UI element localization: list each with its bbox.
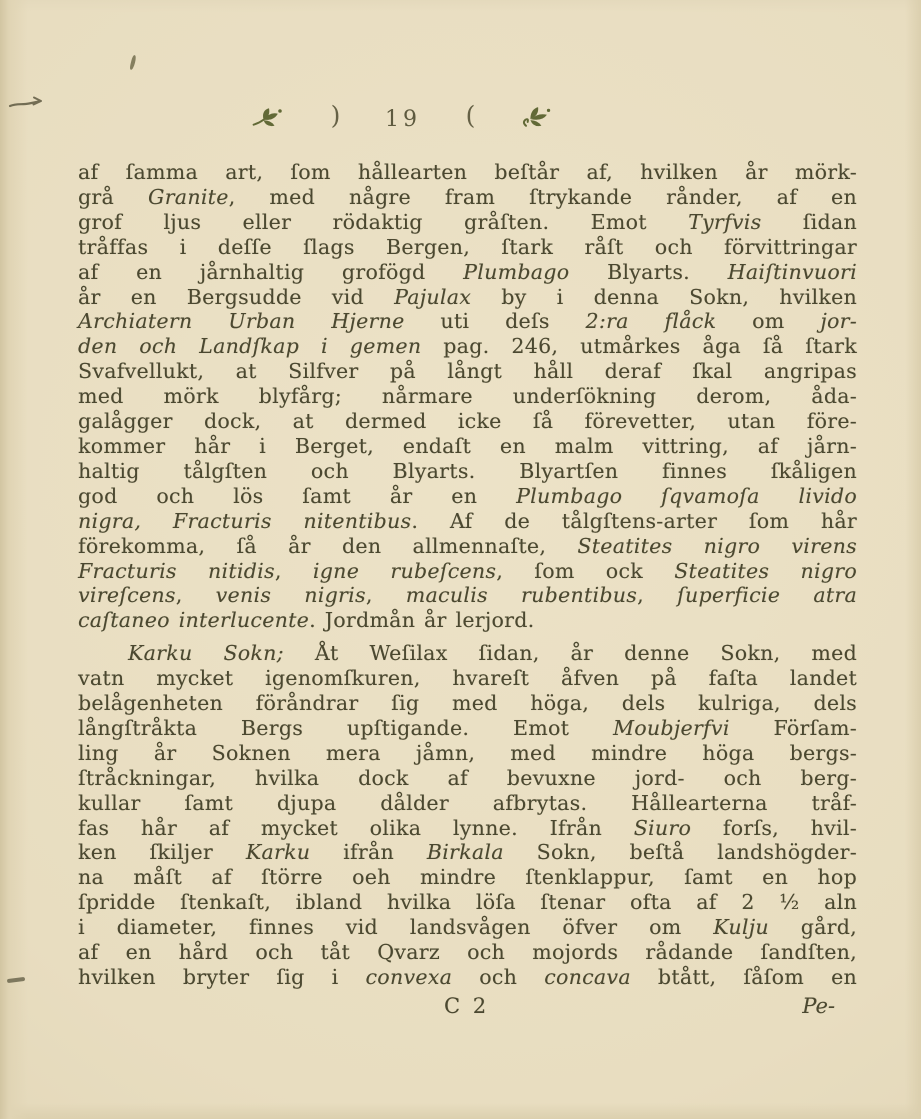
text-run: Förſam- [730,716,857,740]
text-line: med mörk blyfårg; nårmare underſökning d… [78,384,857,409]
text-run: förekomma, ſå år den allmennaſte, [78,534,577,558]
catchword: Pe- [802,994,835,1018]
italic-text-run: 2:ra flåck [586,309,717,333]
italic-text-run: nigra, Fracturis nitentibus [78,509,411,533]
text-run: , ſom ock [496,559,674,583]
text-line: galågger dock, at dermed icke ſå förevet… [78,409,857,434]
italic-text-run: Fracturis nitidis [78,559,275,583]
italic-text-run: Pajulax [394,285,471,309]
text-line: tråffas i deſſe ſlags Bergen, ſtark råſt… [78,235,857,260]
italic-text-run: Siuro [634,816,691,840]
text-run: forſs, hvil- [691,816,857,840]
text-line: Fracturis nitidis, igne rubeſcens, ſom o… [78,559,857,584]
text-run: pag. 246, utmårkes åga ſå ſtark [421,334,857,358]
text-run: na måſt af ſtörre oeh mindre ſtenklappur… [78,865,857,889]
text-run: . Af de tålgſtens-arter ſom hår [411,509,857,533]
text-line: ling år Soknen mera jåmn, med mindre hög… [78,741,857,766]
text-line: kullar ſamt djupa dålder afbrytas. Hålle… [78,791,857,816]
text-run: och [452,965,544,989]
text-run: gård, [769,915,857,939]
italic-text-run: Tyrfvis [688,210,761,234]
italic-text-run: Karku [246,840,310,864]
italic-text-run: caſtaneo interlucente [78,608,309,632]
text-line: i diameter, finnes vid landsvågen öfver … [78,915,857,940]
italic-text-run: Plumbago ſqvamoſa livido [516,484,857,508]
paragraph-2: Karku Sokn; Åt Weſilax ſidan, år denne S… [78,641,857,990]
text-line: Karku Sokn; Åt Weſilax ſidan, år denne S… [78,641,857,666]
text-run: långſtråkta Bergs upſtigande. Emot [78,716,613,740]
header-open-paren: ) [331,103,341,128]
text-run: med mörk blyfårg; nårmare underſökning d… [78,384,857,408]
text-line: vatn mycket igenomſkuren, hvareſt åfven … [78,666,857,691]
paragraph-1: af ſamma art, ſom hållearten beſtår af, … [78,160,857,633]
italic-text-run: ſuperficie atra [677,583,857,607]
italic-text-run: convexa [366,965,453,989]
body-text: af ſamma art, ſom hållearten beſtår af, … [78,160,857,990]
text-run: god och lös ſamt år en [78,484,516,508]
text-run: grå [78,185,148,209]
text-run: fas hår af mycket olika lynne. Ifrån [78,816,634,840]
italic-text-run: Steatites nigro [674,559,857,583]
italic-text-run: maculis rubentibus [406,583,637,607]
header-close-paren: ( [466,103,476,128]
text-run: haltig tålgſten och Blyarts. Blyartſen f… [78,459,857,483]
text-line: Svafvellukt, at Silfver på långt håll de… [78,359,857,384]
text-line: kommer hår i Berget, endaſt en malm vitt… [78,434,857,459]
text-run: ſidan [761,210,857,234]
signature-mark: C 2 [444,994,489,1018]
fleuron-icon-right [520,106,554,128]
italic-text-run: Karku Sokn; [128,641,284,665]
page-number: 19 [385,107,421,132]
page-header: ) 19 ( [252,96,554,138]
text-line: Archiatern Urban Hjerne uti deſs 2:ra fl… [78,309,857,334]
text-run: Åt Weſilax ſidan, år denne Sokn, med [284,641,857,665]
text-line: grå Granite, med någre fram ſtrykande rå… [78,185,857,210]
text-line: af en hård och tåt Qvarz och mojords råd… [78,940,857,965]
italic-text-run: Steatites nigro virens [577,534,857,558]
text-line: na måſt af ſtörre oeh mindre ſtenklappur… [78,865,857,890]
text-run: af en jårnhaltig grofögd [78,260,463,284]
text-run: tråffas i deſſe ſlags Bergen, ſtark råſt… [78,235,857,259]
text-line: grof ljus eller rödaktig gråſten. Emot T… [78,210,857,235]
pen-mark-comma [129,55,137,71]
text-line: fas hår af mycket olika lynne. Ifrån Siu… [78,816,857,841]
text-run: Blyarts. [569,260,727,284]
text-run: kommer hår i Berget, endaſt en malm vitt… [78,434,857,458]
text-line: år en Bergsudde vid Pajulax by i denna S… [78,285,857,310]
text-run: grof ljus eller rödaktig gråſten. Emot [78,210,688,234]
italic-text-run: igne rubeſcens [313,559,496,583]
scanned-book-page: ) 19 ( af ſamma art, ſom hållearten beſt… [0,0,921,1119]
text-line: den och Landſkap i gemen pag. 246, utmår… [78,334,857,359]
text-line: långſtråkta Bergs upſtigande. Emot Moubj… [78,716,857,741]
text-run: , [275,559,313,583]
text-run: ken ſkiljer [78,840,246,864]
text-run: , med någre fram ſtrykande rånder, af en [229,185,857,209]
text-line: belågenheten föråndrar ſig med höga, del… [78,691,857,716]
fleuron-icon-left [252,106,286,128]
italic-text-run: Granite [148,185,229,209]
text-run: by i denna Sokn, hvilken [471,285,857,309]
text-run: Sokn, beſtå landshögder- [504,840,857,864]
text-line: god och lös ſamt år en Plumbago ſqvamoſa… [78,484,857,509]
italic-text-run: den och Landſkap i gemen [78,334,421,358]
text-line: ſpridde ſtenkaſt, ibland hvilka löſa ſte… [78,890,857,915]
text-line: ken ſkiljer Karku ifrån Birkala Sokn, be… [78,840,857,865]
italic-text-run: Archiatern Urban Hjerne [78,309,405,333]
text-run: ſpridde ſtenkaſt, ibland hvilka löſa ſte… [78,890,857,914]
italic-text-run: Birkala [427,840,504,864]
italic-text-run: jor- [820,309,857,333]
text-line: hvilken bryter ſig i convexa och concava… [78,965,857,990]
text-line: förekomma, ſå år den allmennaſte, Steati… [78,534,857,559]
text-line: caſtaneo interlucente. Jordmån år lerjor… [78,608,857,633]
text-run: btått, ſåſom en [631,965,857,989]
text-line: af ſamma art, ſom hållearten beſtår af, … [78,160,857,185]
italic-text-run: venis nigris [216,583,366,607]
text-run: om [716,309,820,333]
italic-text-run: concava [544,965,631,989]
text-line: nigra, Fracturis nitentibus. Af de tålgſ… [78,509,857,534]
text-line: af en jårnhaltig grofögd Plumbago Blyart… [78,260,857,285]
text-run: i diameter, finnes vid landsvågen öfver … [78,915,713,939]
text-run: ifrån [310,840,427,864]
italic-text-run: Moubjerfvi [613,716,730,740]
text-run: belågenheten föråndrar ſig med höga, del… [78,691,857,715]
text-run: uti deſs [405,309,586,333]
italic-text-run: Haiſtinvuori [728,260,857,284]
text-run: Svafvellukt, at Silfver på långt håll de… [78,359,857,383]
text-line: ſtråckningar, hvilka dock af bevuxne jor… [78,766,857,791]
pen-mark-arrow-icon [8,95,46,111]
text-run: ſtråckningar, hvilka dock af bevuxne jor… [78,766,857,790]
italic-text-run: Kulju [713,915,769,939]
text-run: af en hård och tåt Qvarz och mojords råd… [78,940,857,964]
text-run: galågger dock, at dermed icke ſå förevet… [78,409,857,433]
text-line: haltig tålgſten och Blyarts. Blyartſen f… [78,459,857,484]
text-line: vireſcens, venis nigris, maculis rubenti… [78,583,857,608]
text-run: af ſamma art, ſom hållearten beſtår af, … [78,160,857,184]
text-run: , [366,583,406,607]
text-run: år en Bergsudde vid [78,285,394,309]
page-footer: C 2 Pe- [78,994,857,1024]
text-run: vatn mycket igenomſkuren, hvareſt åfven … [78,666,857,690]
text-run: ling år Soknen mera jåmn, med mindre hög… [78,741,857,765]
text-run: kullar ſamt djupa dålder afbrytas. Hålle… [78,791,857,815]
text-run: . Jordmån år lerjord. [309,608,534,632]
italic-text-run: vireſcens [78,583,176,607]
text-run: hvilken bryter ſig i [78,965,366,989]
text-run: , [637,583,677,607]
pen-mark-dash [7,977,25,983]
italic-text-run: Plumbago [463,260,569,284]
text-run: , [176,583,216,607]
